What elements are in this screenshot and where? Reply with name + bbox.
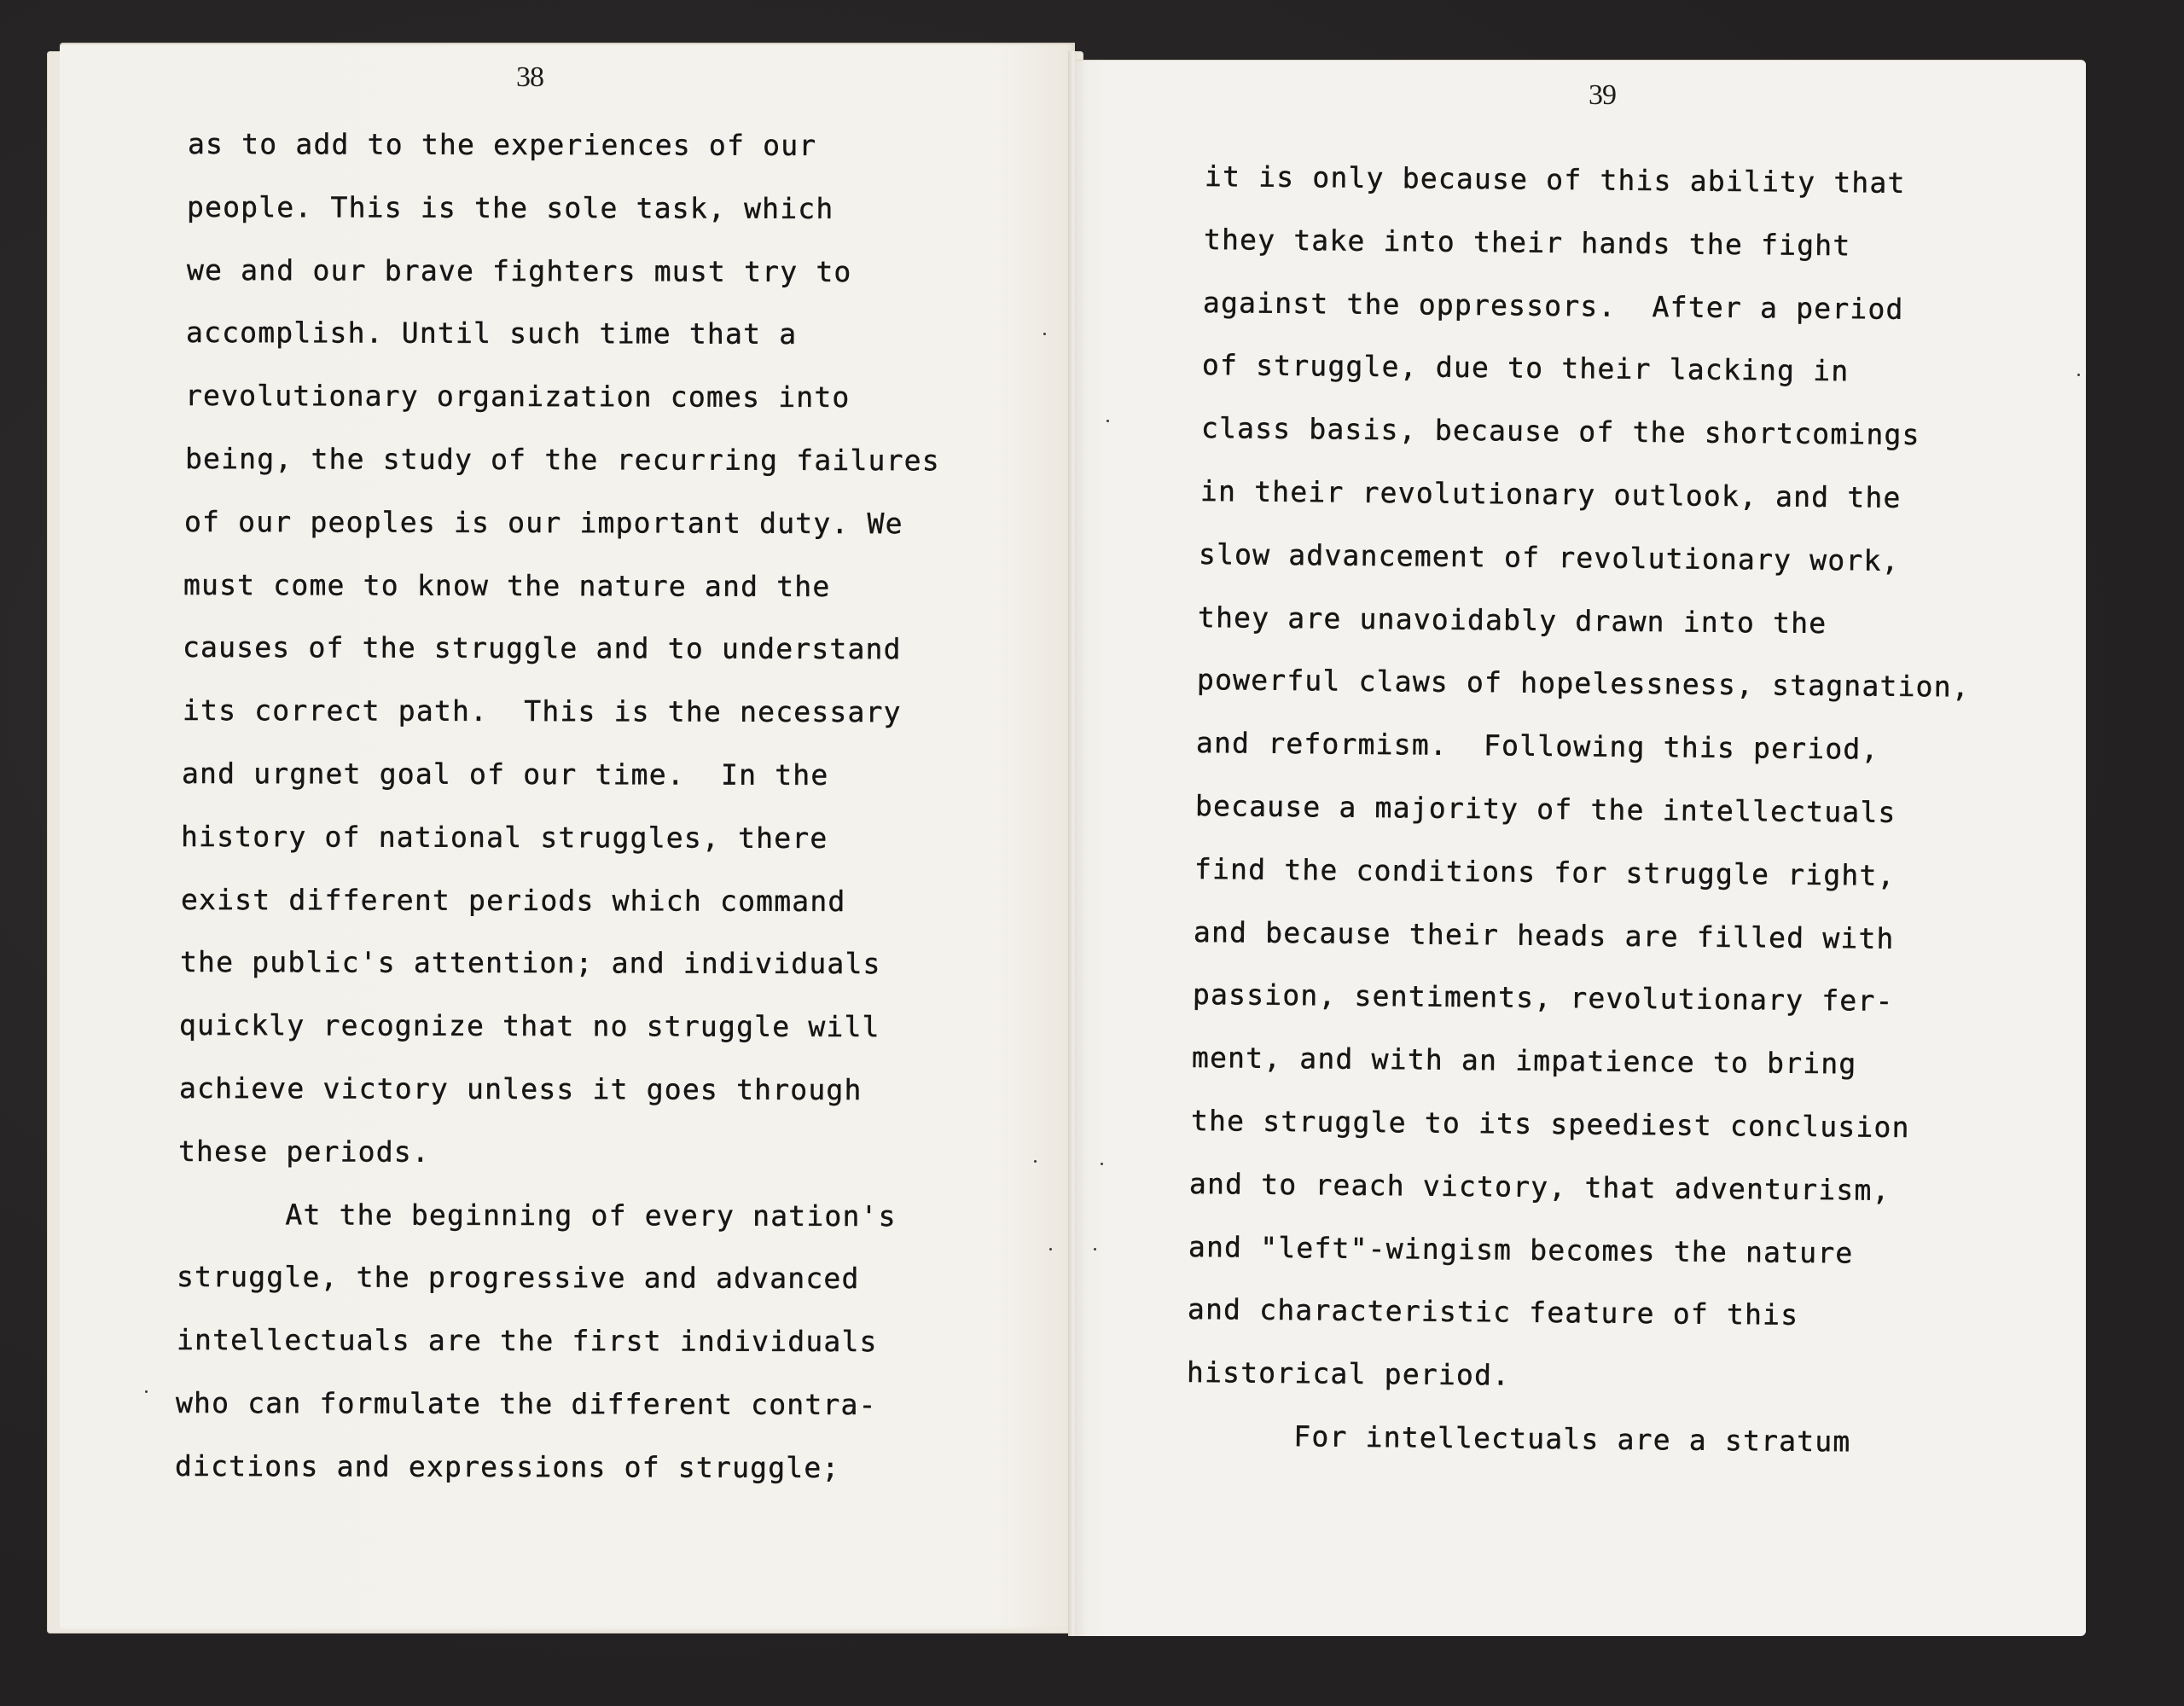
speck [2077, 374, 2080, 376]
speck [1094, 1248, 1096, 1250]
text-line: against the oppressors. After a period [1203, 288, 1904, 323]
speck [145, 1390, 148, 1393]
text-line: struggle, the progressive and advanced [177, 1262, 860, 1292]
text-line: exist different periods which command [181, 885, 846, 915]
text-line: the struggle to its speediest conclusion [1190, 1106, 1909, 1141]
text-line: they are unavoidably drawn into the [1198, 603, 1827, 637]
text-line: these periods. [178, 1137, 430, 1166]
text-line: and reformism. Following this period, [1196, 728, 1879, 763]
right-page-number: 39 [1589, 79, 1616, 112]
text-line: the public's attention; and individuals [180, 948, 881, 978]
text-line: it is only because of this ability that [1205, 162, 1906, 197]
text-line: they take into their hands the fight [1204, 225, 1851, 259]
speck [1034, 1160, 1037, 1163]
text-line: and because their heads are filled with [1194, 918, 1895, 953]
text-line: and characteristic feature of this [1188, 1295, 1799, 1329]
text-line: ment, and with an impatience to bring [1191, 1043, 1856, 1077]
text-line: powerful claws of hopelessness, stagnati… [1197, 665, 1970, 701]
text-line: class basis, because of the shortcomings [1200, 414, 1920, 449]
text-line: find the conditions for struggle right, [1194, 855, 1896, 890]
text-line: revolutionary organization comes into [185, 381, 851, 411]
text-line: people. This is the sole task, which [187, 193, 834, 223]
speck [1049, 1248, 1052, 1250]
speck [1107, 420, 1109, 422]
text-line: of our peoples is our important duty. We [184, 508, 903, 537]
text-line: of struggle, due to their lacking in [1202, 351, 1850, 385]
text-line: achieve victory unless it goes through [178, 1074, 862, 1104]
text-line: accomplish. Until such time that a [186, 318, 797, 348]
text-line: history of national struggles, there [181, 822, 828, 852]
text-line: and to reach victory, that adventurism, [1189, 1169, 1891, 1204]
speck [1043, 333, 1046, 335]
text-line: intellectuals are the first individuals [177, 1326, 878, 1355]
text-line: we and our brave fighters must try to [187, 256, 852, 286]
text-line: dictions and expressions of struggle; [175, 1452, 840, 1482]
text-line: in their revolutionary outlook, and the [1199, 477, 1901, 512]
text-line: and urgnet goal of our time. In the [182, 759, 829, 789]
text-line: as to add to the experiences of our [188, 130, 816, 160]
text-line: its correct path. This is the necessary [183, 696, 902, 726]
text-line: slow advancement of revolutionary work, [1199, 540, 1900, 575]
text-line: and "left"-wingism becomes the nature [1188, 1233, 1854, 1267]
text-line: For intellectuals are a stratum [1186, 1421, 1851, 1455]
text-line: must come to know the nature and the [183, 571, 831, 601]
text-line: because a majority of the intellectuals [1195, 792, 1896, 827]
text-line: historical period. [1187, 1358, 1511, 1390]
text-line: passion, sentiments, revolutionary fer- [1193, 980, 1894, 1015]
text-line: being, the study of the recurring failur… [184, 444, 939, 474]
text-line: who can formulate the different contra- [176, 1389, 877, 1419]
text-line: quickly recognize that no struggle will [179, 1011, 880, 1041]
left-page-number: 38 [516, 61, 543, 94]
speck [1101, 1163, 1103, 1165]
text-line: causes of the struggle and to understand [183, 633, 902, 663]
book-gutter [1068, 51, 1077, 1636]
text-line: At the beginning of every nation's [177, 1200, 897, 1230]
